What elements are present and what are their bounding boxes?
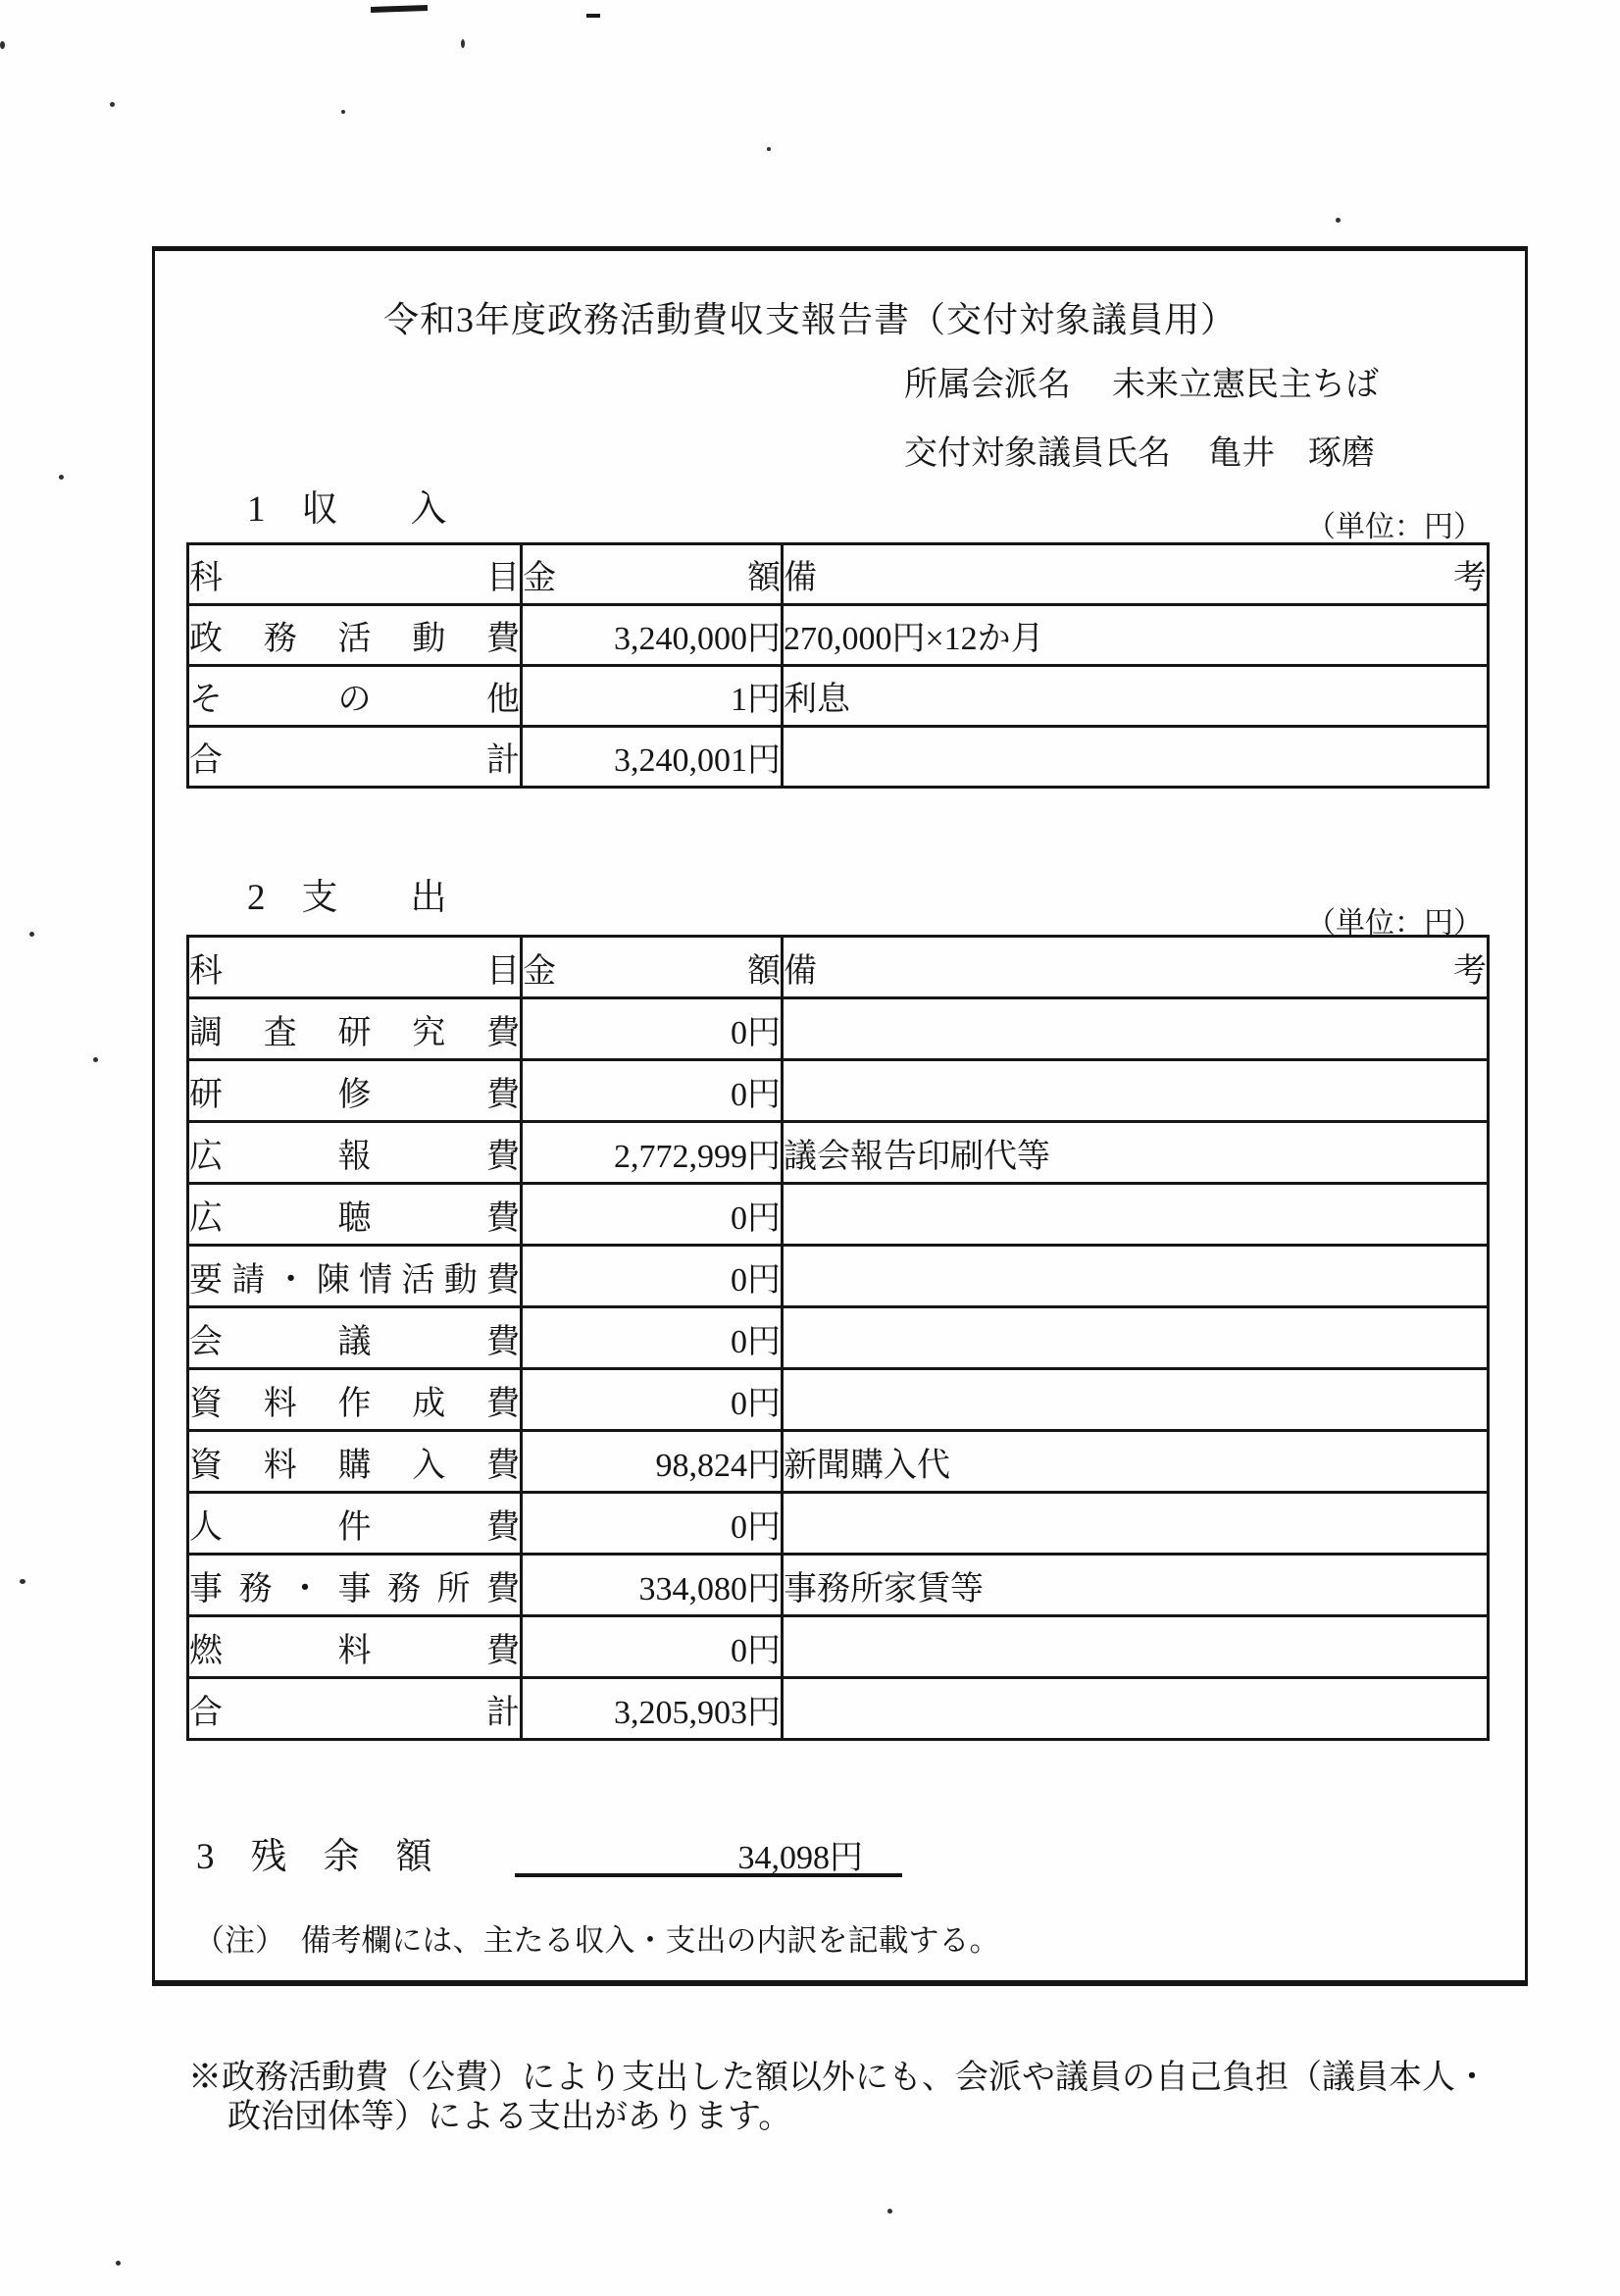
- member-name-line: 交付対象議員氏名亀井 琢磨: [904, 426, 1375, 474]
- income-row: その他 1円 利息: [188, 666, 1489, 727]
- amount-cell: 3,240,000円: [522, 605, 783, 666]
- remarks-cell: [783, 998, 1489, 1060]
- scan-speck: [341, 110, 345, 114]
- member-value: 亀井 琢磨: [1208, 435, 1375, 472]
- amount-cell: 3,240,001円: [522, 727, 783, 788]
- expense-row: 事務・事務所費 334,080円 事務所家賃等: [188, 1555, 1489, 1616]
- amount-cell: 0円: [522, 1493, 783, 1555]
- expense-row: 燃料費 0円: [188, 1616, 1489, 1678]
- amount-cell: 0円: [522, 1060, 783, 1122]
- remarks-cell: [783, 1307, 1489, 1369]
- remarks-cell: [783, 1616, 1489, 1678]
- member-label: 交付対象議員氏名: [904, 435, 1171, 472]
- item-cell: 燃料費: [188, 1616, 522, 1678]
- balance-section-heading: 3 残 余 額: [196, 1826, 432, 1879]
- scan-speck: [767, 147, 771, 151]
- balance-underline: [515, 1873, 902, 1877]
- expense-row: 要請・陳情活動費 0円: [188, 1246, 1489, 1307]
- income-row: 政務活動費 3,240,000円 270,000円×12か月: [188, 605, 1489, 666]
- remarks-cell: 270,000円×12か月: [783, 605, 1489, 666]
- footer-note-line2: 政治団体等）による支出があります。: [228, 2089, 791, 2137]
- expense-row: 人件費 0円: [188, 1493, 1489, 1555]
- item-cell: 合計: [188, 1678, 522, 1740]
- expense-total-row: 合計 3,205,903円: [188, 1678, 1489, 1740]
- income-table: 科目 金額 備考 政務活動費 3,240,000円 270,000円×12か月 …: [186, 542, 1490, 789]
- income-total-row: 合計 3,240,001円: [188, 727, 1489, 788]
- remarks-cell: [783, 1493, 1489, 1555]
- amount-cell: 334,080円: [522, 1555, 783, 1616]
- scanned-report-page: 令和3年度政務活動費収支報告書（交付対象議員用） 所属会派名未来立憲民主ちば 交…: [0, 0, 1620, 2296]
- faction-label: 所属会派名: [904, 367, 1071, 403]
- item-cell: 会議費: [188, 1307, 522, 1369]
- faction-value: 未来立憲民主ちば: [1112, 367, 1379, 403]
- amount-cell: 3,205,903円: [522, 1678, 783, 1740]
- scan-speck: [29, 932, 34, 937]
- remarks-cell: 新聞購入代: [783, 1431, 1489, 1493]
- balance-amount: 34,098円: [515, 1830, 863, 1878]
- item-cell: 合計: [188, 727, 522, 788]
- expense-row: 広聴費 0円: [188, 1184, 1489, 1246]
- remarks-cell: 議会報告印刷代等: [783, 1122, 1489, 1184]
- scan-speck: [0, 41, 5, 49]
- scan-speck: [20, 1579, 25, 1584]
- remarks-cell: 利息: [783, 666, 1489, 727]
- amount-cell: 2,772,999円: [522, 1122, 783, 1184]
- amount-cell: 1円: [522, 666, 783, 727]
- expense-section-heading: 2 支 出: [247, 867, 447, 920]
- remarks-cell: [783, 1678, 1489, 1740]
- income-header-item: 科目: [188, 544, 522, 605]
- report-title: 令和3年度政務活動費収支報告書（交付対象議員用）: [0, 292, 1620, 342]
- income-header-remarks: 備考: [783, 544, 1489, 605]
- expense-header-item: 科目: [188, 937, 522, 998]
- amount-cell: 0円: [522, 1616, 783, 1678]
- expense-row: 会議費 0円: [188, 1307, 1489, 1369]
- item-cell: 調査研究費: [188, 998, 522, 1060]
- remarks-cell: [783, 727, 1489, 788]
- scan-speck: [461, 39, 465, 48]
- unit-note-income: （単位：円）: [1306, 502, 1483, 545]
- item-cell: 資料作成費: [188, 1369, 522, 1431]
- expense-row: 調査研究費 0円: [188, 998, 1489, 1060]
- expense-header-amount: 金額: [522, 937, 783, 998]
- scan-speck: [1336, 218, 1341, 223]
- expense-header-remarks: 備考: [783, 937, 1489, 998]
- item-cell: 広聴費: [188, 1184, 522, 1246]
- expense-header-row: 科目 金額 備考: [188, 937, 1489, 998]
- income-header-row: 科目 金額 備考: [188, 544, 1489, 605]
- remarks-cell: 事務所家賃等: [783, 1555, 1489, 1616]
- expense-row: 研修費 0円: [188, 1060, 1489, 1122]
- scan-speck: [110, 102, 115, 107]
- item-cell: 広報費: [188, 1122, 522, 1184]
- faction-name-line: 所属会派名未来立憲民主ちば: [904, 357, 1379, 405]
- expense-table: 科目 金額 備考 調査研究費 0円 研修費 0円 広報費 2,772,999円 …: [186, 935, 1490, 1741]
- item-cell: 研修費: [188, 1060, 522, 1122]
- expense-row: 広報費 2,772,999円 議会報告印刷代等: [188, 1122, 1489, 1184]
- remarks-cell: [783, 1060, 1489, 1122]
- item-cell: 政務活動費: [188, 605, 522, 666]
- scan-smudge: [586, 14, 600, 18]
- item-cell: 人件費: [188, 1493, 522, 1555]
- item-cell: その他: [188, 666, 522, 727]
- amount-cell: 0円: [522, 1184, 783, 1246]
- scan-speck: [887, 2209, 892, 2214]
- amount-cell: 0円: [522, 998, 783, 1060]
- amount-cell: 0円: [522, 1307, 783, 1369]
- expense-row: 資料作成費 0円: [188, 1369, 1489, 1431]
- income-section-heading: 1 収 入: [247, 479, 447, 532]
- scan-speck: [116, 2261, 121, 2266]
- remarks-instruction-note: （注） 備考欄には、主たる収入・支出の内訳を記載する。: [194, 1915, 1000, 1960]
- remarks-cell: [783, 1369, 1489, 1431]
- amount-cell: 98,824円: [522, 1431, 783, 1493]
- item-cell: 要請・陳情活動費: [188, 1246, 522, 1307]
- scan-speck: [93, 1057, 98, 1062]
- remarks-cell: [783, 1246, 1489, 1307]
- income-header-amount: 金額: [522, 544, 783, 605]
- scan-smudge: [371, 5, 428, 13]
- amount-cell: 0円: [522, 1246, 783, 1307]
- expense-row: 資料購入費 98,824円 新聞購入代: [188, 1431, 1489, 1493]
- item-cell: 資料購入費: [188, 1431, 522, 1493]
- amount-cell: 0円: [522, 1369, 783, 1431]
- scan-speck: [59, 475, 64, 480]
- remarks-cell: [783, 1184, 1489, 1246]
- item-cell: 事務・事務所費: [188, 1555, 522, 1616]
